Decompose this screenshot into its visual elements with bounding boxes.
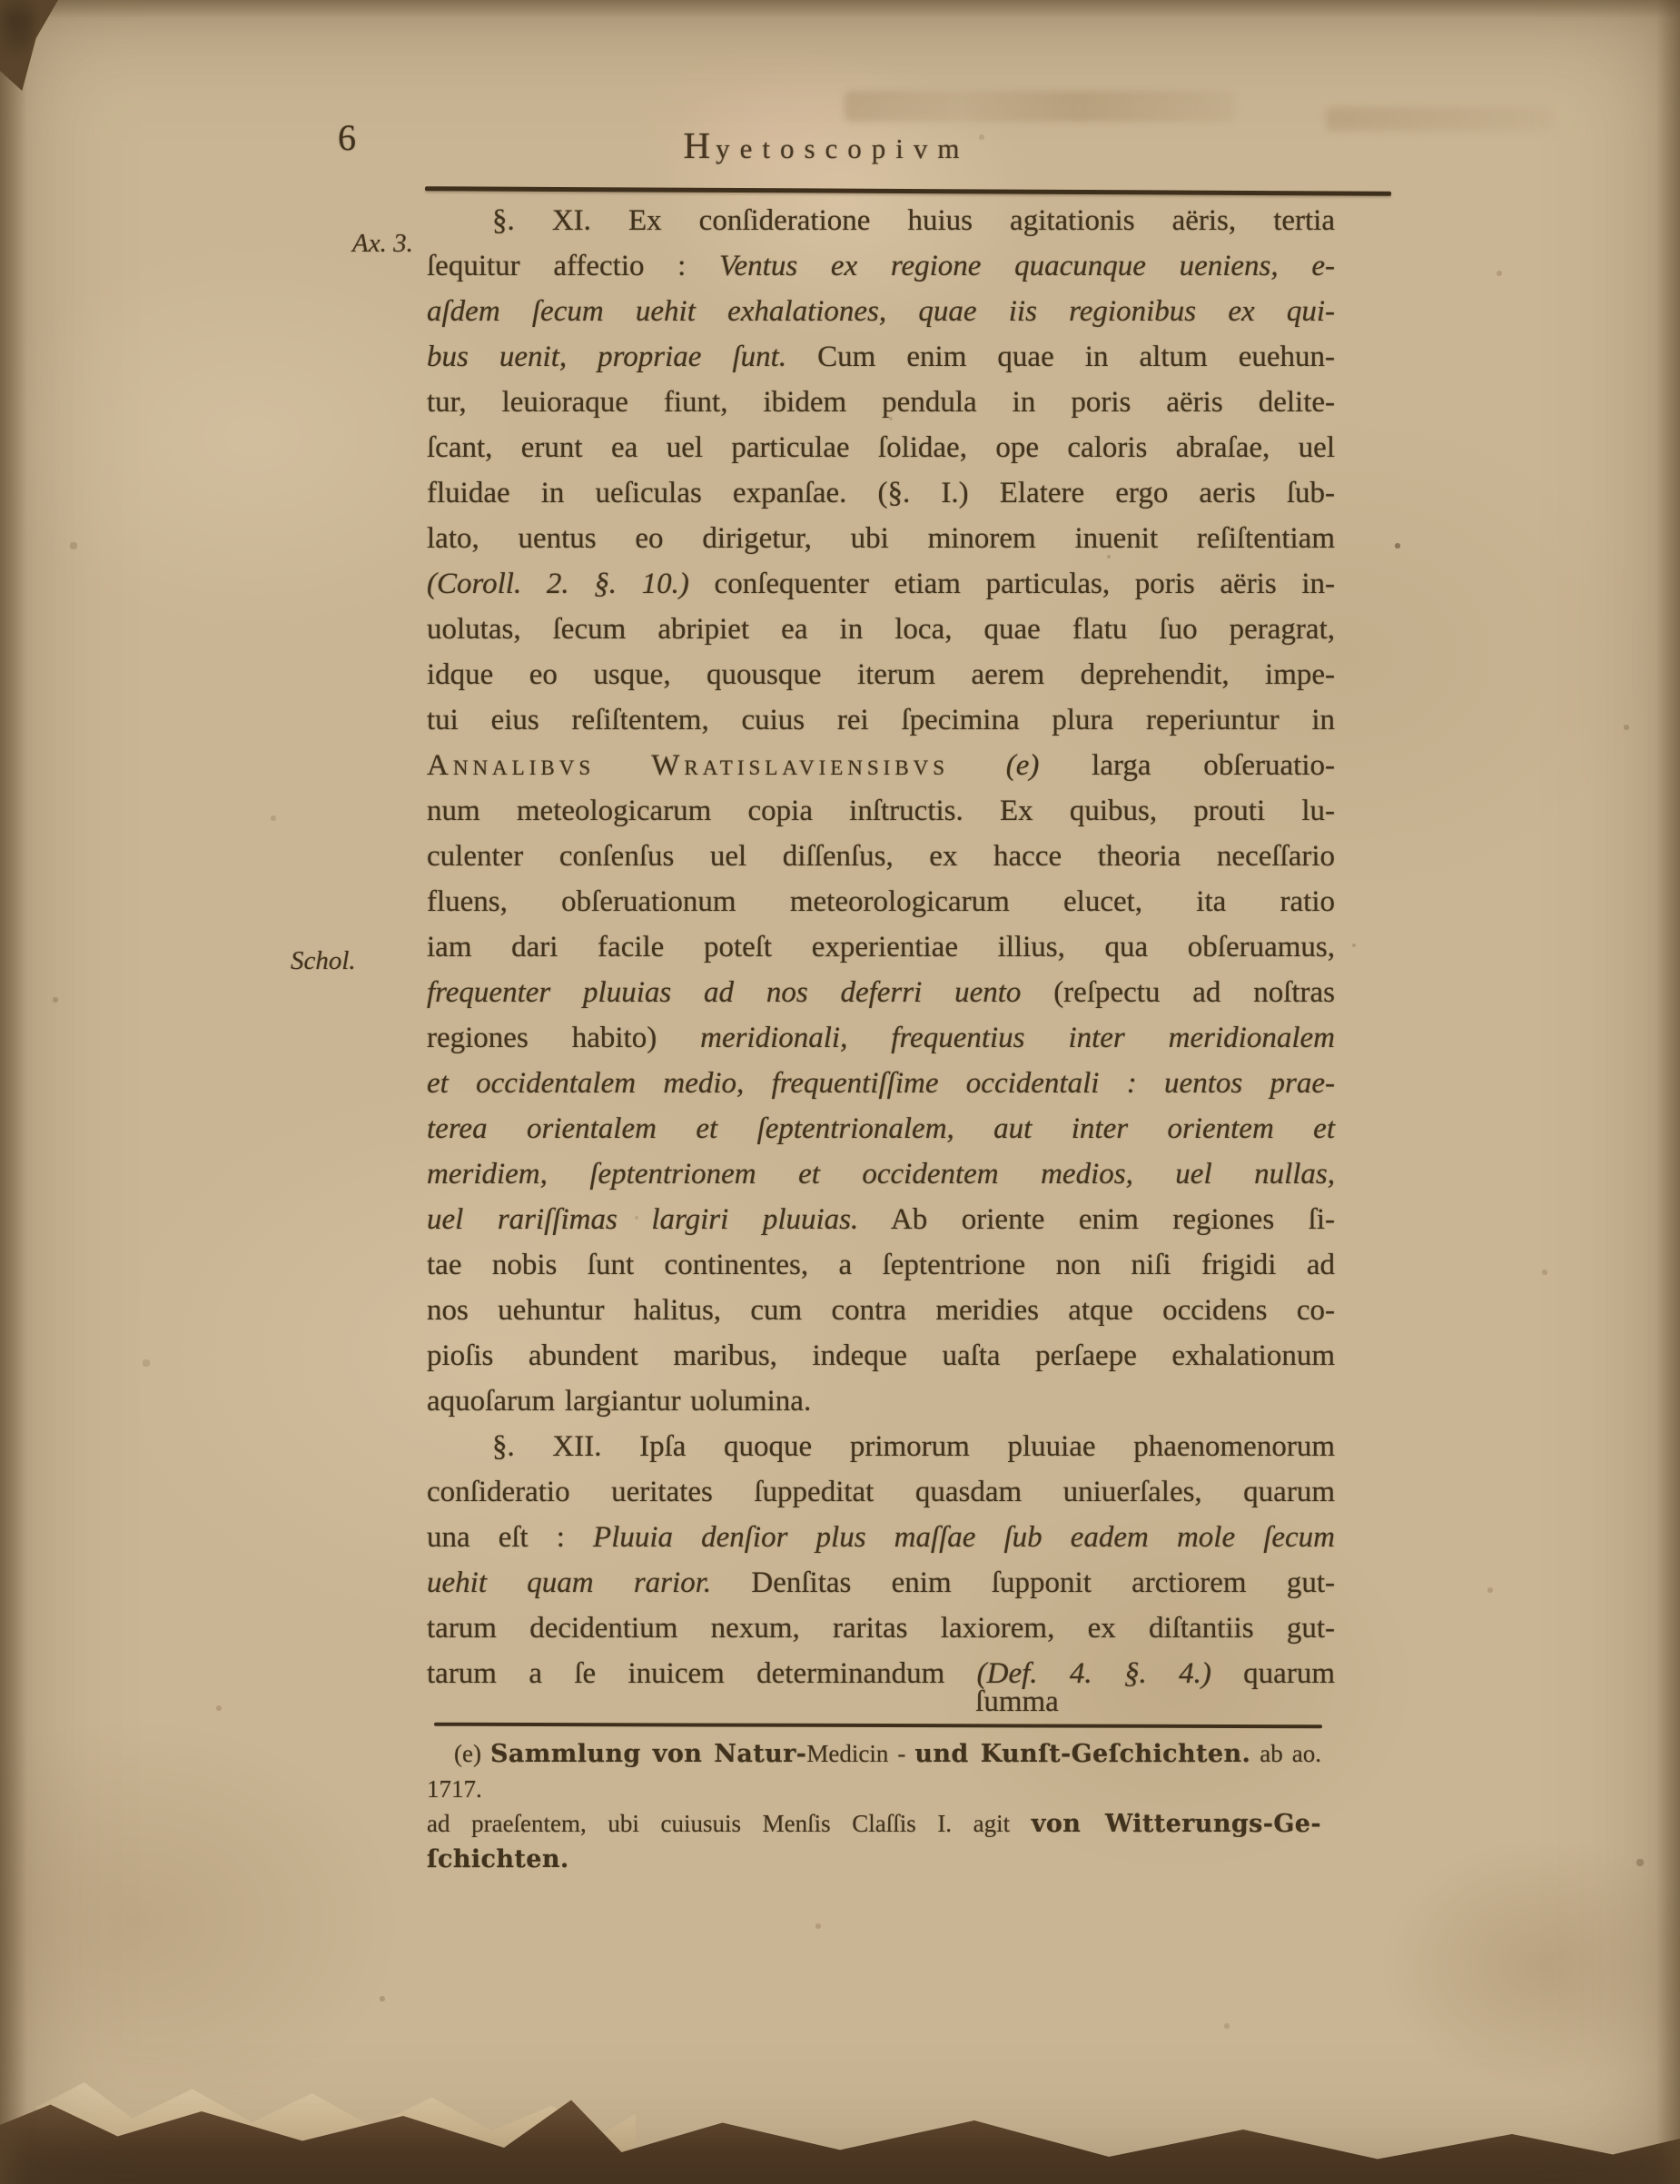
- text-line: tarum a ſe inuicem determinandum (Def. 4…: [427, 1651, 1335, 1696]
- text-line: meridiem, ſeptentrionem et occidentem me…: [427, 1151, 1335, 1197]
- text-line: (Coroll. 2. §. 10.) conſequenter etiam p…: [427, 561, 1335, 607]
- text-line: (e) Sammlung von Natur-Medicin - und Kun…: [427, 1736, 1321, 1806]
- margin-note-axiom: Ax. 3.: [352, 229, 413, 259]
- text-segment: tarum a ſe inuicem determinandum: [427, 1657, 977, 1690]
- page-edge-shadow-left: [0, 0, 27, 2184]
- text-segment: conſequenter etiam particulas, poris aër…: [689, 568, 1335, 600]
- text-segment: frequenter pluuias ad nos deferri uento: [427, 976, 1021, 1009]
- text-line: ſchichten.: [427, 1842, 1321, 1877]
- text-segment: (e): [1006, 749, 1040, 782]
- text-line: et occidentalem medio, frequentiſſime oc…: [427, 1061, 1335, 1106]
- text-segment: ſchichten.: [427, 1845, 569, 1873]
- text-segment: aſdem ſecum uehit exhalationes, quae iis…: [427, 295, 1335, 328]
- text-segment: Denſitas enim ſupponit arctiorem gut-: [711, 1566, 1335, 1599]
- text-line: tarum decidentium nexum, raritas laxiore…: [427, 1606, 1335, 1651]
- text-segment: fluens, obſeruationum meteorologicarum e…: [427, 885, 1335, 918]
- text-line: una eſt : Pluuia denſior plus maſſae ſub…: [427, 1515, 1335, 1560]
- text-segment: von Witterungs-Ge-: [1032, 1810, 1321, 1838]
- text-line: tae nobis ſunt continentes, a ſeptentrio…: [427, 1242, 1335, 1288]
- margin-note-scholium: Schol.: [291, 946, 356, 976]
- text-segment: tur, leuioraque fiunt, ibidem pendula in…: [427, 386, 1335, 419]
- text-segment: §. XII. Ipſa quoque primorum pluuiae pha…: [492, 1430, 1335, 1463]
- text-segment: fluidae in ueſiculas expanſae. (§. I.) E…: [427, 477, 1335, 509]
- text-line: uel rariſſimas largiri pluuias. Ab orien…: [427, 1197, 1335, 1242]
- body-text-block: §. XI. Ex conſideratione huius agitation…: [427, 198, 1335, 1696]
- text-segment: (e): [454, 1740, 490, 1767]
- page-number: 6: [338, 116, 357, 159]
- text-line: ſcant, erunt ea uel particulae ſolidae, …: [427, 425, 1335, 470]
- page-edge-shadow-right: [1656, 0, 1680, 2184]
- text-line: tur, leuioraque fiunt, ibidem pendula in…: [427, 380, 1335, 425]
- text-segment: (Coroll. 2. §. 10.): [427, 568, 689, 600]
- text-segment: meridionali, frequentius inter meridiona…: [700, 1022, 1335, 1054]
- text-segment: idque eo usque, quousque iterum aerem de…: [427, 658, 1335, 691]
- text-segment: quarum: [1211, 1657, 1335, 1690]
- text-segment: uolutas, ſecum abripiet ea in loca, quae…: [427, 613, 1335, 646]
- text-segment: una eſt :: [427, 1521, 593, 1554]
- text-segment: Annalibvs Wratislaviensibvs: [427, 749, 1006, 782]
- text-segment: ſcant, erunt ea uel particulae ſolidae, …: [427, 431, 1335, 464]
- page-edge-shadow-top: [0, 0, 1680, 18]
- text-segment: conſideratio ueritates ſuppeditat quasda…: [427, 1476, 1335, 1508]
- text-line: nos uehuntur halitus, cum contra meridie…: [427, 1288, 1335, 1333]
- text-segment: Sammlung von Natur-: [490, 1740, 806, 1768]
- text-line: iam dari facile poteſt experientiae illi…: [427, 924, 1335, 970]
- text-segment: Medicin -: [806, 1740, 914, 1767]
- running-title: Hyetoscopivm: [427, 124, 1226, 167]
- text-segment: Cum enim quae in altum euehun-: [786, 341, 1335, 373]
- text-line: terea orientalem et ſeptentrionalem, aut…: [427, 1106, 1335, 1151]
- torn-paper-edge-dark: [0, 2070, 1680, 2184]
- catchword: ſumma: [926, 1685, 1108, 1719]
- text-line: uehit quam rarior. Denſitas enim ſupponi…: [427, 1560, 1335, 1606]
- text-line: conſideratio ueritates ſuppeditat quasda…: [427, 1469, 1335, 1515]
- text-segment: nos uehuntur halitus, cum contra meridie…: [427, 1294, 1335, 1327]
- text-line: culenter conſenſus uel diſſenſus, ex hac…: [427, 834, 1335, 879]
- text-line: regiones habito) meridionali, frequentiu…: [427, 1015, 1335, 1061]
- text-line: pioſis abundent maribus, indeque uaſta p…: [427, 1333, 1335, 1379]
- text-segment: regiones habito): [427, 1022, 700, 1054]
- text-segment: lato, uentus eo dirigetur, ubi minorem i…: [427, 522, 1335, 555]
- text-line: aſdem ſecum uehit exhalationes, quae iis…: [427, 289, 1335, 334]
- text-segment: pioſis abundent maribus, indeque uaſta p…: [427, 1339, 1335, 1372]
- text-segment: ad praeſentem, ubi cuiusuis Menſis Claſſ…: [427, 1810, 1032, 1837]
- text-line: ad praeſentem, ubi cuiusuis Menſis Claſſ…: [427, 1806, 1321, 1842]
- scanned-book-page: 6 Hyetoscopivm Ax. 3. Schol. §. XI. Ex c…: [0, 0, 1680, 2184]
- text-segment: terea orientalem et ſeptentrionalem, aut…: [427, 1112, 1335, 1145]
- text-line: num meteologicarum copia inſtructis. Ex …: [427, 788, 1335, 834]
- text-line: fluens, obſeruationum meteorologicarum e…: [427, 879, 1335, 924]
- text-segment: Ab oriente enim regiones ſi-: [858, 1203, 1335, 1236]
- text-line: fluidae in ueſiculas expanſae. (§. I.) E…: [427, 470, 1335, 516]
- text-line: tui eius reſiſtentem, cuius rei ſpecimin…: [427, 697, 1335, 743]
- text-segment: und Kunſt-Geſchichten.: [914, 1740, 1250, 1768]
- text-segment: §. XI. Ex conſideratione huius agitation…: [492, 204, 1335, 237]
- text-line: frequenter pluuias ad nos deferri uento …: [427, 970, 1335, 1015]
- text-line: Annalibvs Wratislaviensibvs (e) larga ob…: [427, 743, 1335, 788]
- text-segment: bus uenit, propriae ſunt.: [427, 341, 786, 373]
- text-segment: et occidentalem medio, frequentiſſime oc…: [427, 1067, 1335, 1100]
- text-line: bus uenit, propriae ſunt. Cum enim quae …: [427, 334, 1335, 380]
- text-line: §. XI. Ex conſideratione huius agitation…: [427, 198, 1335, 243]
- text-segment: tui eius reſiſtentem, cuius rei ſpecimin…: [427, 704, 1335, 736]
- text-line: §. XII. Ipſa quoque primorum pluuiae pha…: [427, 1424, 1335, 1469]
- ink-showthrough-smudge: [1326, 107, 1553, 131]
- text-segment: Ventus ex regione quacunque ueniens, e-: [719, 250, 1335, 282]
- text-line: idque eo usque, quousque iterum aerem de…: [427, 652, 1335, 697]
- text-line: lato, uentus eo dirigetur, ubi minorem i…: [427, 516, 1335, 561]
- text-line: ſequitur affectio : Ventus ex regione qu…: [427, 243, 1335, 289]
- text-segment: meridiem, ſeptentrionem et occidentem me…: [427, 1158, 1335, 1191]
- text-segment: tae nobis ſunt continentes, a ſeptentrio…: [427, 1249, 1335, 1281]
- footnote-rule: [434, 1723, 1322, 1729]
- text-segment: uel rariſſimas largiri pluuias.: [427, 1203, 858, 1236]
- text-line: uolutas, ſecum abripiet ea in loca, quae…: [427, 607, 1335, 652]
- text-segment: aquoſarum largiantur uolumina.: [427, 1385, 811, 1418]
- text-segment: larga obſeruatio-: [1039, 749, 1335, 782]
- text-segment: ſequitur affectio :: [427, 250, 719, 282]
- text-segment: uehit quam rarior.: [427, 1566, 711, 1599]
- text-segment: culenter conſenſus uel diſſenſus, ex hac…: [427, 840, 1335, 873]
- footnote-block: (e) Sammlung von Natur-Medicin - und Kun…: [427, 1736, 1321, 1877]
- text-line: aquoſarum largiantur uolumina.: [427, 1379, 1335, 1424]
- text-segment: iam dari facile poteſt experientiae illi…: [427, 931, 1335, 964]
- text-segment: tarum decidentium nexum, raritas laxiore…: [427, 1612, 1335, 1645]
- header-rule: [425, 186, 1391, 196]
- ink-showthrough-smudge: [845, 91, 1235, 122]
- text-segment: (reſpectu ad noſtras: [1021, 976, 1335, 1009]
- text-segment: Pluuia denſior plus maſſae ſub eadem mol…: [593, 1521, 1335, 1554]
- text-segment: num meteologicarum copia inſtructis. Ex …: [427, 795, 1335, 827]
